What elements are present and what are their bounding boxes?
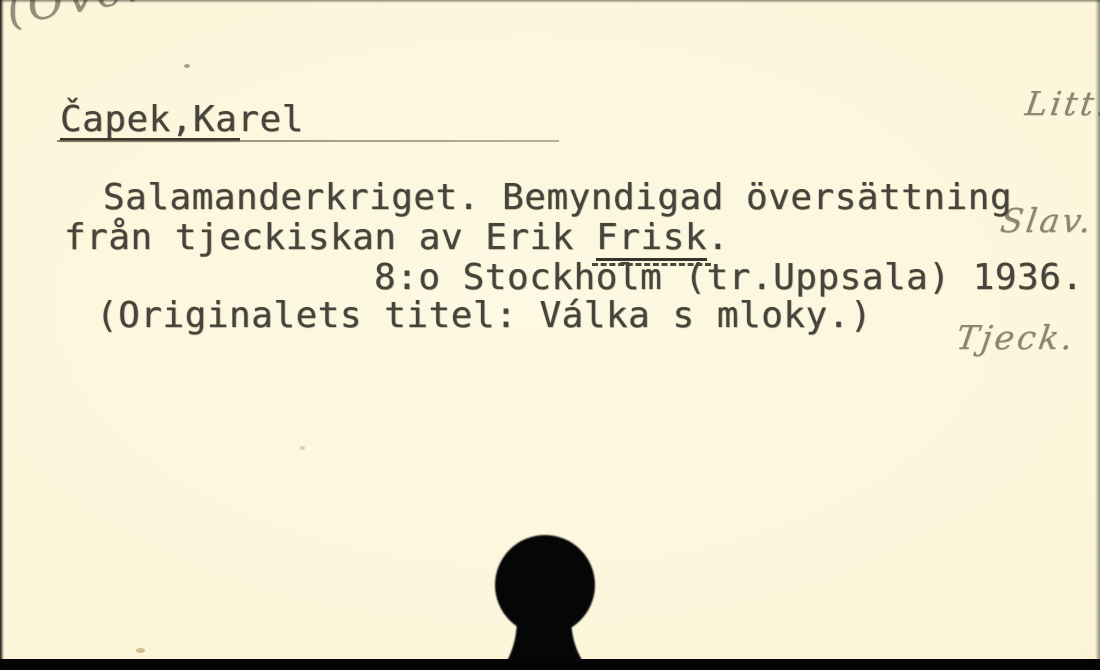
card-edge-left — [0, 0, 4, 670]
punch-hole-keyhole — [0, 0, 1100, 670]
catalog-card: (Övers.] Litt. Slav. Tjeck. Čapek,Karel … — [0, 0, 1100, 670]
card-edge-top — [0, 0, 1100, 3]
card-edge-bottom — [0, 659, 1100, 670]
card-edge-right — [1095, 0, 1100, 670]
